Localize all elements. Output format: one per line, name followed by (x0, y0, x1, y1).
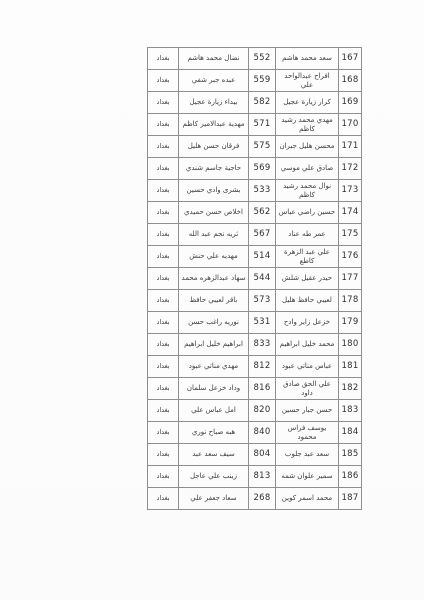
city-cell: بغداد (148, 180, 179, 202)
serial-number-cell: 582 (249, 92, 276, 114)
city-cell: بغداد (148, 70, 179, 92)
person-name-cell: محمد خليل ابراهيم (276, 334, 339, 356)
serial-number-cell: 569 (249, 158, 276, 180)
serial-number-cell: 559 (249, 70, 276, 92)
person-name-cell: كرار زيارة عجيل (276, 92, 339, 114)
serial-number-cell: 820 (249, 400, 276, 422)
table-row: 167 سعد محمد هاشم 552 نضال محمد هاشم بغد… (148, 48, 362, 70)
row-number-cell: 182 (339, 378, 362, 400)
row-number-cell: 168 (339, 70, 362, 92)
person-name-cell: نوال محمد رشيد كاظم (276, 180, 339, 202)
table-row: 170 مهدي محمد رشيد كاظم 571 مهدية عبدالا… (148, 114, 362, 136)
row-number-cell: 175 (339, 224, 362, 246)
city-cell: بغداد (148, 488, 179, 510)
relative-name-cell: سهاد عبدالزهره محمد (179, 268, 249, 290)
person-name-cell: حسن جبار حسين (276, 400, 339, 422)
table-row: 169 كرار زيارة عجيل 582 بيداء زيارة عجيل… (148, 92, 362, 114)
relative-name-cell: ابراهيم خليل ابراهيم (179, 334, 249, 356)
relative-name-cell: ثريه نجم عبد الله (179, 224, 249, 246)
roster-table: 167 سعد محمد هاشم 552 نضال محمد هاشم بغد… (147, 47, 362, 510)
person-name-cell: خزعل زاير وادح (276, 312, 339, 334)
serial-number-cell: 812 (249, 356, 276, 378)
person-name-cell: سمير علوان شمه (276, 466, 339, 488)
table-row: 181 عباس مناتي عبود 812 مهدي مناتي عبود … (148, 356, 362, 378)
person-name-cell: عباس مناتي عبود (276, 356, 339, 378)
table-row: 172 صادق علي موسي 569 حاجية جاسم شندي بغ… (148, 158, 362, 180)
person-name-cell: افراح عبدالواحد علي (276, 70, 339, 92)
city-cell: بغداد (148, 158, 179, 180)
serial-number-cell: 533 (249, 180, 276, 202)
person-name-cell: علي الحق صادق داود (276, 378, 339, 400)
city-cell: بغداد (148, 356, 179, 378)
row-number-cell: 176 (339, 246, 362, 268)
serial-number-cell: 573 (249, 290, 276, 312)
row-number-cell: 177 (339, 268, 362, 290)
person-name-cell: يوسف فراس محمود (276, 422, 339, 444)
city-cell: بغداد (148, 334, 179, 356)
row-number-cell: 185 (339, 444, 362, 466)
relative-name-cell: نوريه راغب حسن (179, 312, 249, 334)
row-number-cell: 167 (339, 48, 362, 70)
table-row: 175 عمر طه عناد 567 ثريه نجم عبد الله بغ… (148, 224, 362, 246)
table-row: 179 خزعل زاير وادح 531 نوريه راغب حسن بغ… (148, 312, 362, 334)
city-cell: بغداد (148, 400, 179, 422)
city-cell: بغداد (148, 290, 179, 312)
person-name-cell: سعد عبد جلوب (276, 444, 339, 466)
row-number-cell: 186 (339, 466, 362, 488)
table-row: 180 محمد خليل ابراهيم 833 ابراهيم خليل ا… (148, 334, 362, 356)
table-row: 168 افراح عبدالواحد علي 559 عبده جبر شفي… (148, 70, 362, 92)
row-number-cell: 184 (339, 422, 362, 444)
person-name-cell: عمر طه عناد (276, 224, 339, 246)
city-cell: بغداد (148, 268, 179, 290)
row-number-cell: 172 (339, 158, 362, 180)
row-number-cell: 174 (339, 202, 362, 224)
table-row: 178 لعيبي حافظ هليل 573 باقر لعيبي حافظ … (148, 290, 362, 312)
table-row: 177 حيدر عقيل شلش 544 سهاد عبدالزهره محم… (148, 268, 362, 290)
serial-number-cell: 833 (249, 334, 276, 356)
city-cell: بغداد (148, 444, 179, 466)
serial-number-cell: 571 (249, 114, 276, 136)
city-cell: بغداد (148, 312, 179, 334)
row-number-cell: 169 (339, 92, 362, 114)
table-row: 185 سعد عبد جلوب 804 سيف سعد عبد بغداد (148, 444, 362, 466)
person-name-cell: محمد اسمر كوين (276, 488, 339, 510)
row-number-cell: 170 (339, 114, 362, 136)
serial-number-cell: 562 (249, 202, 276, 224)
city-cell: بغداد (148, 92, 179, 114)
city-cell: بغداد (148, 48, 179, 70)
person-name-cell: صادق علي موسي (276, 158, 339, 180)
person-name-cell: حسين راضي عباس (276, 202, 339, 224)
table-row: 183 حسن جبار حسين 820 امل عباس علي بغداد (148, 400, 362, 422)
table-row: 186 سمير علوان شمه 813 زينب علي عاجل بغد… (148, 466, 362, 488)
row-number-cell: 180 (339, 334, 362, 356)
serial-number-cell: 575 (249, 136, 276, 158)
roster-table-body: 167 سعد محمد هاشم 552 نضال محمد هاشم بغد… (148, 48, 362, 510)
city-cell: بغداد (148, 422, 179, 444)
table-row: 187 محمد اسمر كوين 268 سعاد جعفر علي بغد… (148, 488, 362, 510)
person-name-cell: محسن هليل جبران (276, 136, 339, 158)
table-row: 173 نوال محمد رشيد كاظم 533 بشرى وادي حس… (148, 180, 362, 202)
scanned-page: 167 سعد محمد هاشم 552 نضال محمد هاشم بغد… (0, 0, 424, 600)
table-row: 174 حسين راضي عباس 562 اخلاص حسن حميدي ب… (148, 202, 362, 224)
relative-name-cell: زينب علي عاجل (179, 466, 249, 488)
city-cell: بغداد (148, 114, 179, 136)
relative-name-cell: هبه صباح نوري (179, 422, 249, 444)
city-cell: بغداد (148, 202, 179, 224)
relative-name-cell: حاجية جاسم شندي (179, 158, 249, 180)
person-name-cell: سعد محمد هاشم (276, 48, 339, 70)
city-cell: بغداد (148, 136, 179, 158)
row-number-cell: 183 (339, 400, 362, 422)
serial-number-cell: 268 (249, 488, 276, 510)
table-row: 171 محسن هليل جبران 575 فرقان حسن هليل ب… (148, 136, 362, 158)
serial-number-cell: 804 (249, 444, 276, 466)
row-number-cell: 178 (339, 290, 362, 312)
row-number-cell: 171 (339, 136, 362, 158)
serial-number-cell: 813 (249, 466, 276, 488)
row-number-cell: 179 (339, 312, 362, 334)
table-row: 176 علي عبد الزهرة كاطع 514 مهديه علي حن… (148, 246, 362, 268)
relative-name-cell: بشرى وادي حسين (179, 180, 249, 202)
row-number-cell: 187 (339, 488, 362, 510)
relative-name-cell: عبده جبر شفي (179, 70, 249, 92)
serial-number-cell: 531 (249, 312, 276, 334)
serial-number-cell: 567 (249, 224, 276, 246)
person-name-cell: علي عبد الزهرة كاطع (276, 246, 339, 268)
serial-number-cell: 552 (249, 48, 276, 70)
row-number-cell: 181 (339, 356, 362, 378)
relative-name-cell: باقر لعيبي حافظ (179, 290, 249, 312)
relative-name-cell: مهديه علي حنش (179, 246, 249, 268)
row-number-cell: 173 (339, 180, 362, 202)
table-row: 182 علي الحق صادق داود 816 وداد خزعل سلم… (148, 378, 362, 400)
person-name-cell: حيدر عقيل شلش (276, 268, 339, 290)
relative-name-cell: نضال محمد هاشم (179, 48, 249, 70)
relative-name-cell: سيف سعد عبد (179, 444, 249, 466)
serial-number-cell: 816 (249, 378, 276, 400)
serial-number-cell: 840 (249, 422, 276, 444)
person-name-cell: لعيبي حافظ هليل (276, 290, 339, 312)
relative-name-cell: بيداء زيارة عجيل (179, 92, 249, 114)
relative-name-cell: مهدي مناتي عبود (179, 356, 249, 378)
relative-name-cell: فرقان حسن هليل (179, 136, 249, 158)
city-cell: بغداد (148, 224, 179, 246)
relative-name-cell: امل عباس علي (179, 400, 249, 422)
city-cell: بغداد (148, 466, 179, 488)
roster-table-container: 167 سعد محمد هاشم 552 نضال محمد هاشم بغد… (147, 47, 361, 510)
city-cell: بغداد (148, 246, 179, 268)
relative-name-cell: اخلاص حسن حميدي (179, 202, 249, 224)
city-cell: بغداد (148, 378, 179, 400)
relative-name-cell: مهدية عبدالامير كاظم (179, 114, 249, 136)
table-row: 184 يوسف فراس محمود 840 هبه صباح نوري بغ… (148, 422, 362, 444)
serial-number-cell: 544 (249, 268, 276, 290)
relative-name-cell: سعاد جعفر علي (179, 488, 249, 510)
serial-number-cell: 514 (249, 246, 276, 268)
person-name-cell: مهدي محمد رشيد كاظم (276, 114, 339, 136)
relative-name-cell: وداد خزعل سلمان (179, 378, 249, 400)
